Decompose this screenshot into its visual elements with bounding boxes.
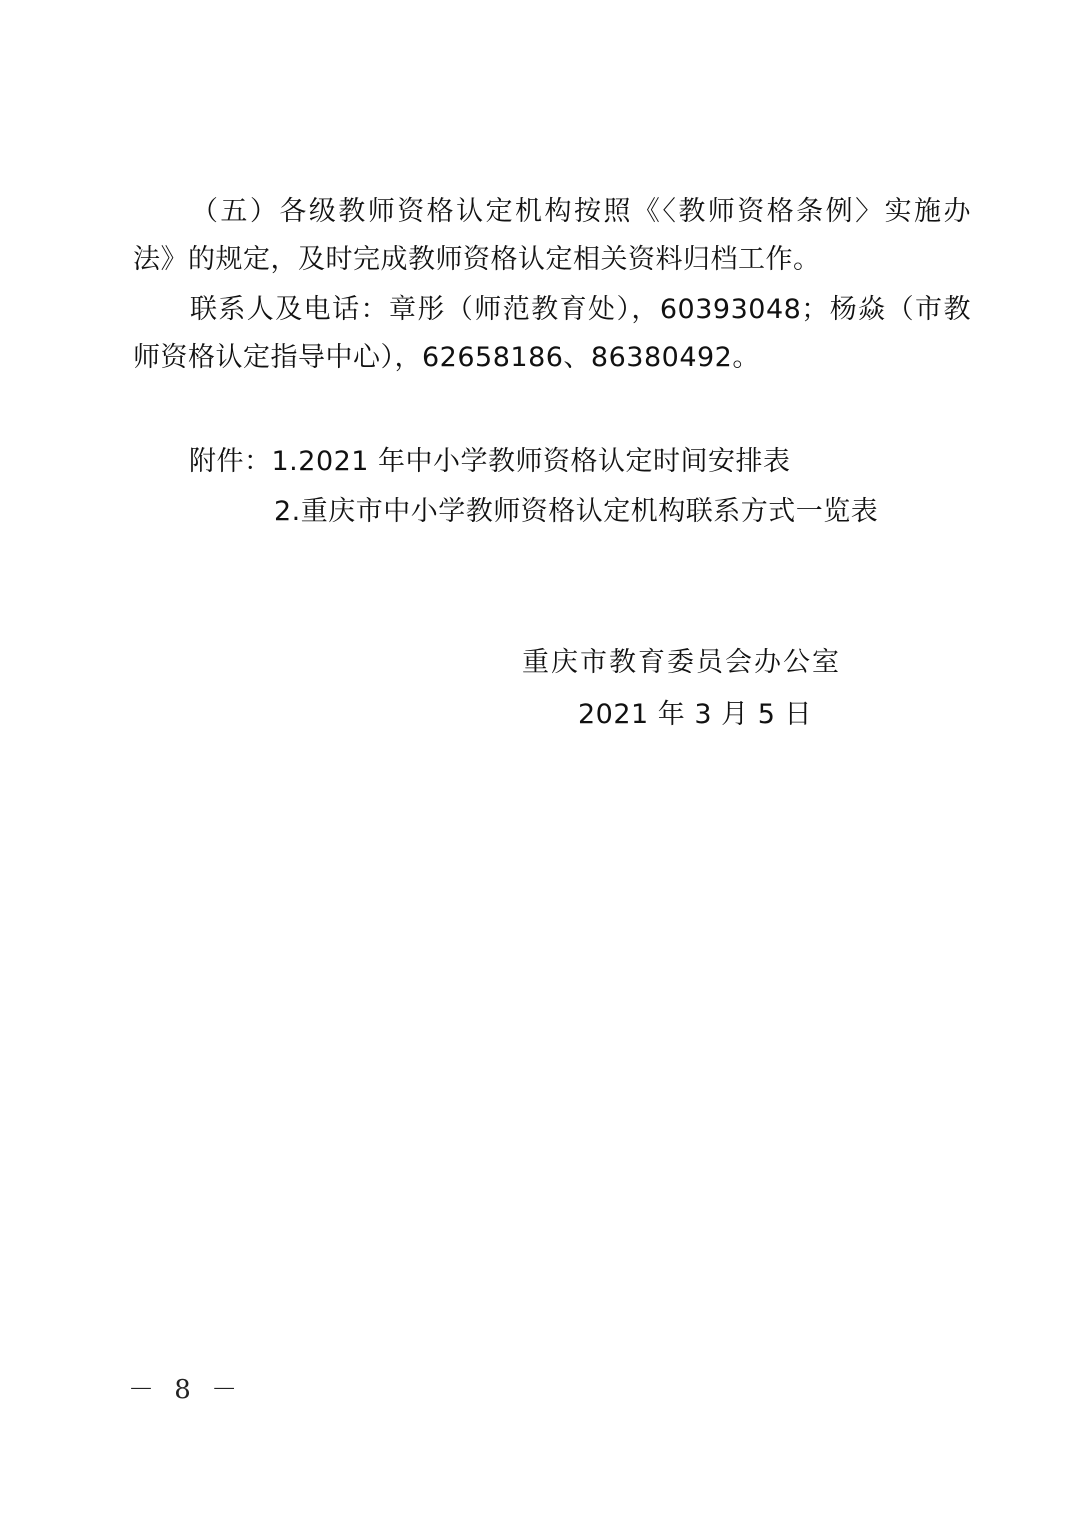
attachments-line-1: 附件：1.2021 年中小学教师资格认定时间安排表	[189, 444, 791, 480]
paragraph-text: （五）各级教师资格认定机构按照《〈教师资格条例〉实施办	[189, 196, 971, 227]
attachment-item: 1.2021 年中小学教师资格认定时间安排表	[272, 446, 791, 477]
attachment-item: 2.重庆市中小学教师资格认定机构联系方式一览表	[274, 496, 878, 527]
document-page: （五）各级教师资格认定机构按照《〈教师资格条例〉实施办 法》的规定，及时完成教师…	[0, 0, 1074, 1520]
paragraph-item-five-line-2: 法》的规定，及时完成教师资格认定相关资料归档工作。	[133, 242, 821, 278]
signature-date: 2021 年 3 月 5 日	[578, 697, 812, 733]
paragraph-item-five-line-1: （五）各级教师资格认定机构按照《〈教师资格条例〉实施办	[133, 194, 971, 230]
page-number: － 8 －	[128, 1374, 243, 1406]
signature-issuer: 重庆市教育委员会办公室	[522, 645, 841, 681]
attachments-line-2: 2.重庆市中小学教师资格认定机构联系方式一览表	[274, 494, 878, 530]
paragraph-text: 联系人及电话：章彤（师范教育处），60393048；杨焱（市教	[189, 294, 971, 325]
paragraph-contacts-line-2: 师资格认定指导中心），62658186、86380492。	[133, 340, 760, 376]
attachments-label: 附件：	[189, 446, 272, 477]
paragraph-contacts-line-1: 联系人及电话：章彤（师范教育处），60393048；杨焱（市教	[133, 292, 971, 328]
